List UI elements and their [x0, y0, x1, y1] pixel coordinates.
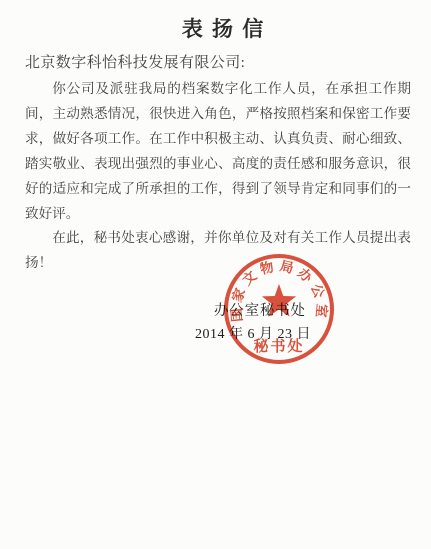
body-line: 踏实敬业、表现出强烈的事业心、高度的责任感和服务意识，很: [25, 152, 411, 177]
letter-title: 表 扬 信: [8, 13, 431, 43]
star-icon: [262, 284, 296, 317]
commendation-letter-page: 表 扬 信 北京数字科怡科技发展有限公司: 你公司及派驻我局的档案数字化工作人员…: [0, 0, 431, 549]
body-line: 好的适应和完成了所承担的工作，得到了领导肯定和同事们的一: [25, 177, 411, 202]
seal-bottom-text: 秘书处: [253, 337, 304, 355]
official-seal: 国家文物局办公室 秘书处: [199, 229, 359, 389]
body-line: 致好评。: [25, 202, 411, 227]
salutation-line: 北京数字科怡科技发展有限公司:: [25, 51, 245, 72]
body-line: 求，做好各项工作。在工作中积极主动、认真负责、耐心细致、: [25, 127, 411, 152]
body-line: 你公司及派驻我局的档案数字化工作人员，在承担工作期: [25, 77, 411, 102]
body-line: 间，主动熟悉情况，很快进入角色，严格按照档案和保密工作要: [25, 102, 411, 127]
